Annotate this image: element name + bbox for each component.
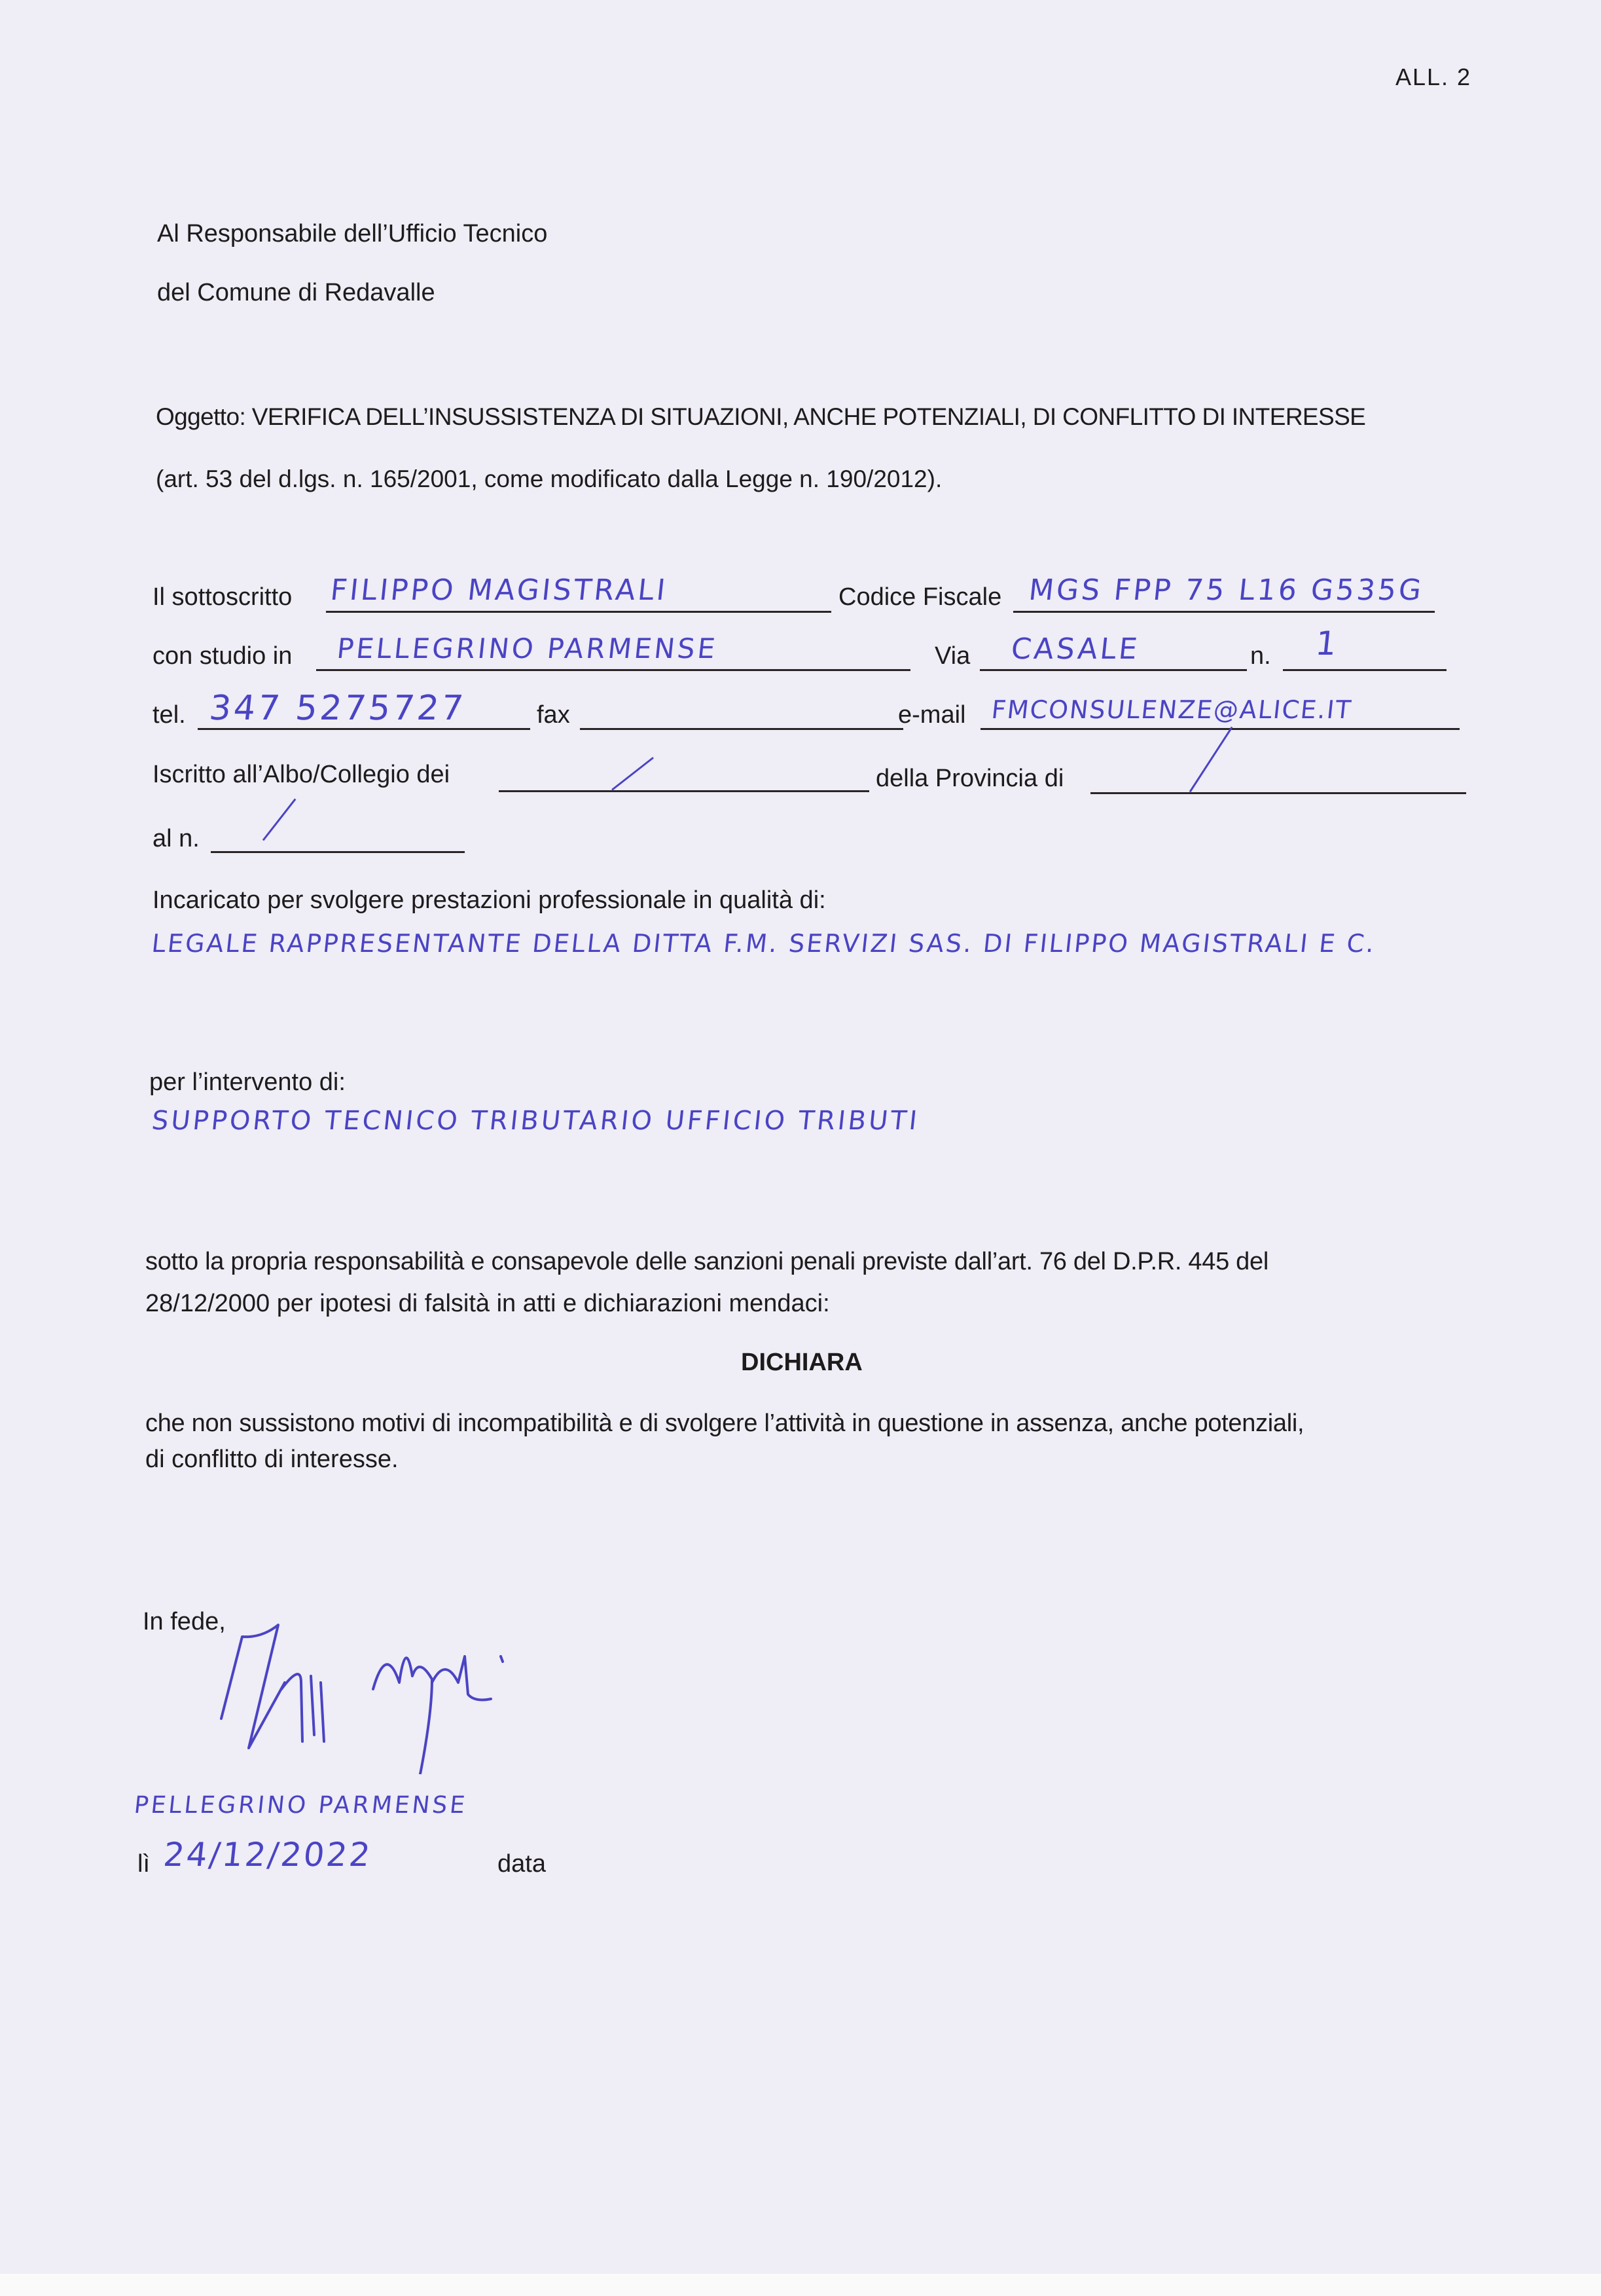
studio-label: con studio in xyxy=(153,644,292,668)
email-field[interactable]: FMCONSULENZE@ALICE.IT xyxy=(990,697,1354,722)
subject-line-2: (art. 53 del d.lgs. n. 165/2001, come mo… xyxy=(156,467,942,491)
data-label: data xyxy=(497,1851,546,1876)
al-n-underline xyxy=(211,851,465,853)
provincia-field-dash[interactable] xyxy=(1189,727,1233,793)
numero-label: n. xyxy=(1250,644,1271,668)
codice-fiscale-label: Codice Fiscale xyxy=(838,585,1001,610)
signature xyxy=(216,1617,556,1774)
al-n-label: al n. xyxy=(153,826,200,851)
declaration-heading: DICHIARA xyxy=(741,1350,863,1375)
tel-field[interactable]: 347 5275727 xyxy=(207,691,467,725)
intervento-label: per l’intervento di: xyxy=(149,1070,346,1095)
numero-underline xyxy=(1283,669,1447,671)
numero-field[interactable]: 1 xyxy=(1314,627,1340,660)
sottoscritto-label: Il sottoscritto xyxy=(153,585,292,610)
via-label: Via xyxy=(935,644,970,668)
incarico-label: Incaricato per svolgere prestazioni prof… xyxy=(153,888,826,913)
provincia-underline xyxy=(1090,792,1466,794)
fax-label: fax xyxy=(537,702,570,727)
via-underline xyxy=(980,669,1247,671)
declaration-intro-line-2: 28/12/2000 per ipotesi di falsità in att… xyxy=(145,1291,830,1316)
date-handwritten[interactable]: 24/12/2022 xyxy=(162,1838,373,1871)
albo-label: Iscritto all’Albo/Collegio dei xyxy=(153,762,450,787)
codice-fiscale-underline xyxy=(1013,611,1435,613)
incarico-field[interactable]: LEGALE RAPPRESENTANTE DELLA DITTA F.M. S… xyxy=(151,931,1377,956)
intervento-field[interactable]: SUPPORTO TECNICO TRIBUTARIO UFFICIO TRIB… xyxy=(151,1108,921,1134)
scanned-page: ALL. 2 Al Responsabile dell’Ufficio Tecn… xyxy=(0,0,1601,2274)
codice-fiscale-field[interactable]: MGS FPP 75 L16 G535G xyxy=(1028,576,1426,605)
studio-underline xyxy=(316,669,910,671)
email-underline xyxy=(980,728,1460,730)
in-fede-label: In fede, xyxy=(143,1609,226,1634)
sottoscritto-underline xyxy=(326,611,831,613)
via-field[interactable]: CASALE xyxy=(1010,635,1142,664)
albo-underline xyxy=(499,790,869,792)
sottoscritto-field[interactable]: FILIPPO MAGISTRALI xyxy=(329,576,670,605)
tel-label: tel. xyxy=(153,702,186,727)
al-n-field-dash[interactable] xyxy=(262,799,297,841)
declaration-intro-line-1: sotto la propria responsabilità e consap… xyxy=(145,1249,1268,1274)
email-label: e-mail xyxy=(898,702,965,727)
provincia-label: della Provincia di xyxy=(876,766,1064,791)
li-label: lì xyxy=(137,1851,150,1876)
attachment-label: ALL. 2 xyxy=(1395,65,1471,89)
studio-field[interactable]: PELLEGRINO PARMENSE xyxy=(336,635,719,663)
declaration-body-line-1: che non sussistono motivi di incompatibi… xyxy=(145,1411,1304,1436)
recipient-line-1: Al Responsabile dell’Ufficio Tecnico xyxy=(157,221,547,246)
fax-underline xyxy=(580,728,903,730)
declaration-body-line-2: di conflitto di interesse. xyxy=(145,1447,399,1472)
subject-line-1: Oggetto: VERIFICA DELL’INSUSSISTENZA DI … xyxy=(156,405,1365,429)
albo-field-dash[interactable] xyxy=(611,757,654,791)
recipient-line-2: del Comune di Redavalle xyxy=(157,280,435,305)
tel-underline xyxy=(198,728,530,730)
place-handwritten[interactable]: PELLEGRINO PARMENSE xyxy=(133,1794,469,1817)
